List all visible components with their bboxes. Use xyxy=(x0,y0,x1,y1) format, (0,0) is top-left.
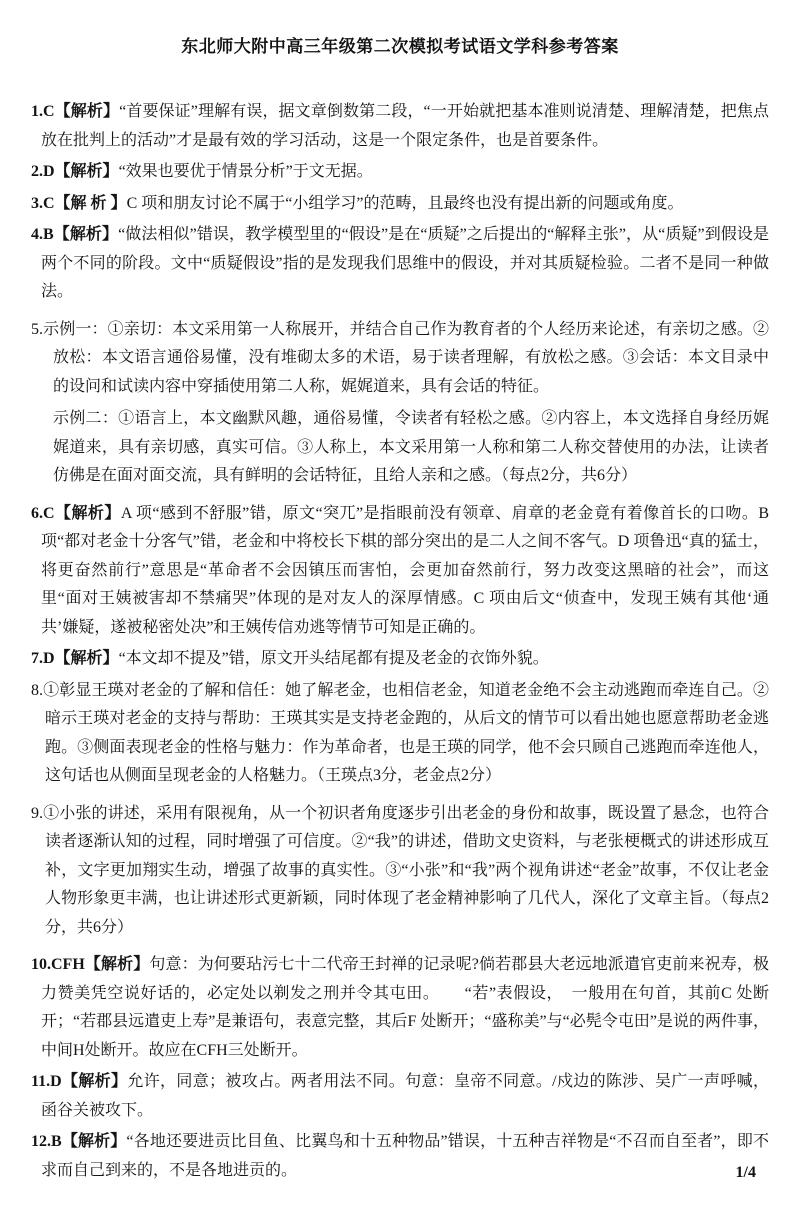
answer-item-4-body: “做法相似”错误，教学模型里的“假设”是在“质疑”之后提出的“解释主张”，从“质… xyxy=(41,226,769,300)
answer-item-7-body: “本文却不提及”错，原文开头结尾都有提及老金的衣饰外貌。 xyxy=(119,650,549,667)
answer-item-2-label: 2.D【解析】 xyxy=(31,163,119,180)
answer-item-3-label: 3.C【解 析 】 xyxy=(31,195,127,212)
answer-item-1-label: 1.C【解析】 xyxy=(31,103,119,120)
answer-item-11-label: 11.D【解析】 xyxy=(31,1073,127,1090)
answer-item-4-label: 4.B【解析】 xyxy=(31,226,118,243)
answer-item-1: 1.C【解析】“首要保证”理解有误，据文章倒数第二段，“一开始就把基本准则说清楚… xyxy=(31,98,769,155)
answer-item-5-body: 示例一：①亲切：本文采用第一人称展开，并结合自己作为教育者的个人经历来论述，有亲… xyxy=(43,321,769,395)
answer-item-9-body: ①小张的讲述，采用有限视角，从一个初识者角度逐步引出老金的身份和故事，既设置了悬… xyxy=(43,805,769,936)
answer-item-2-body: “效果也要优于情景分析”于文无据。 xyxy=(119,163,373,180)
answer-item-3-body: C 项和朋友讨论不属于“小组学习”的范畴，且最终也没有提出新的问题或角度。 xyxy=(127,195,684,212)
answer-item-4: 4.B【解析】“做法相似”错误，教学模型里的“假设”是在“质疑”之后提出的“解释… xyxy=(31,221,769,307)
answer-item-11: 11.D【解析】允许，同意；被攻占。两者用法不同。句意：皇帝不同意。/戍边的陈涉… xyxy=(31,1068,769,1125)
answer-item-5: 5.示例一：①亲切：本文采用第一人称展开，并结合自己作为教育者的个人经历来论述，… xyxy=(31,316,769,402)
answer-item-11-body: 允许，同意；被攻占。两者用法不同。句意：皇帝不同意。/戍边的陈涉、吴广一声呼喊，… xyxy=(41,1073,769,1119)
answer-item-10-body: 句意：为何要玷污七十二代帝王封禅的记录呢?倘若郡县大老远地派遣官吏前来祝寿，极力… xyxy=(41,956,769,1059)
answer-item-9-label: 9. xyxy=(31,805,43,822)
answer-item-6-body: A 项“感到不舒服”错，原文“突兀”是指眼前没有领章、肩章的老金竟有着像首长的口… xyxy=(41,505,769,636)
answer-item-5-label: 5. xyxy=(31,321,43,338)
answer-item-12-body: “各地还要进贡比目鱼、比翼鸟和十五种物品”错误，十五种吉祥物是“不召而自至者”，… xyxy=(41,1133,769,1179)
answer-item-8: 8.①彰显王瑛对老金的了解和信任：她了解老金，也相信老金，知道老金绝不会主动逃跑… xyxy=(31,677,769,791)
answer-item-5-body2: 示例二：①语言上，本文幽默风趣，通俗易懂，令读者有轻松之感。②内容上，本文选择自… xyxy=(53,410,769,484)
answer-item-10-label: 10.CFH【解析】 xyxy=(31,956,149,973)
answer-item-12-label: 12.B【解析】 xyxy=(31,1133,126,1150)
answer-item-3: 3.C【解 析 】C 项和朋友讨论不属于“小组学习”的范畴，且最终也没有提出新的… xyxy=(31,190,769,219)
answer-item-10: 10.CFH【解析】句意：为何要玷污七十二代帝王封禅的记录呢?倘若郡县大老远地派… xyxy=(31,951,769,1065)
answer-sheet-page: 东北师大附中高三年级第二次模拟考试语文学科参考答案 1.C【解析】“首要保证”理… xyxy=(0,0,800,1216)
answer-item-6: 6.C【解析】A 项“感到不舒服”错，原文“突兀”是指眼前没有领章、肩章的老金竟… xyxy=(31,500,769,643)
answer-item-7-label: 7.D【解析】 xyxy=(31,650,119,667)
answer-item-8-body: ①彰显王瑛对老金的了解和信任：她了解老金，也相信老金，知道老金绝不会主动逃跑而牵… xyxy=(43,682,769,785)
answer-item-8-label: 8. xyxy=(31,682,43,699)
answer-item-6-label: 6.C【解析】 xyxy=(31,505,121,522)
answer-item-2: 2.D【解析】“效果也要优于情景分析”于文无据。 xyxy=(31,158,769,187)
page-title: 东北师大附中高三年级第二次模拟考试语文学科参考答案 xyxy=(31,36,769,58)
answer-item-12: 12.B【解析】“各地还要进贡比目鱼、比翼鸟和十五种物品”错误，十五种吉祥物是“… xyxy=(31,1128,769,1185)
answer-item-7: 7.D【解析】“本文却不提及”错，原文开头结尾都有提及老金的衣饰外貌。 xyxy=(31,645,769,674)
answer-item-5-continued: 示例二：①语言上，本文幽默风趣，通俗易懂，令读者有轻松之感。②内容上，本文选择自… xyxy=(31,405,769,491)
answer-item-9: 9.①小张的讲述，采用有限视角，从一个初识者角度逐步引出老金的身份和故事，既设置… xyxy=(31,800,769,943)
answer-item-1-body: “首要保证”理解有误，据文章倒数第二段，“一开始就把基本准则说清楚、理解清楚，把… xyxy=(41,103,769,149)
page-number: 1/4 xyxy=(736,1164,756,1182)
